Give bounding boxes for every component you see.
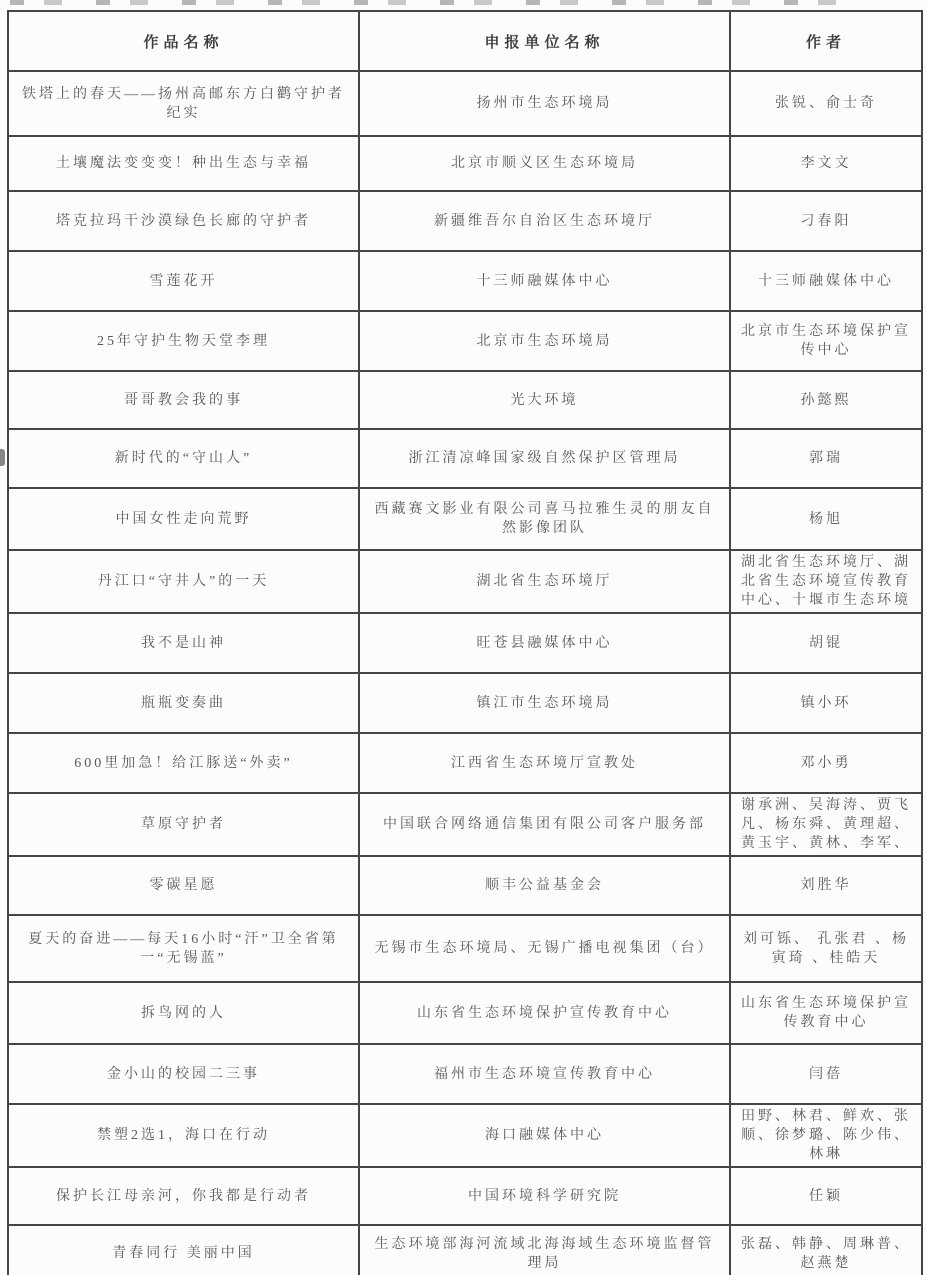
unit-name-cell: 旺苍县融媒体中心 (359, 613, 730, 673)
unit-name: 新疆维吾尔自治区生态环境厅 (370, 212, 719, 231)
author: 杨旭 (741, 510, 911, 529)
author-cell: 闫蓓 (730, 1044, 922, 1104)
table-row: 土壤魔法变变变！种出生态与幸福 北京市顺义区生态环境局 李文文 (8, 136, 922, 191)
work-title-cell: 拆鸟网的人 (8, 982, 359, 1044)
author-cell: 山东省生态环境保护宣传教育中心 (730, 982, 922, 1044)
author-cell: 刘胜华 (730, 856, 922, 915)
header-unit-name: 申报单位名称 (359, 11, 730, 71)
award-table: 作品名称 申报单位名称 作者 铁塔上的春天——扬州高邮东方白鹳守护者纪实 扬州市… (7, 10, 923, 1275)
table-row: 瓶瓶变奏曲 镇江市生态环境局 镇小环 (8, 673, 922, 733)
unit-name-cell: 中国联合网络通信集团有限公司客户服务部 (359, 793, 730, 856)
author-cell: 田野、林君、鲜欢、张顺、徐梦璐、陈少伟、林琳 (730, 1104, 922, 1167)
author: 胡锟 (741, 634, 911, 653)
author: 孙懿熙 (741, 391, 911, 410)
work-title-cell: 禁塑2选1，海口在行动 (8, 1104, 359, 1167)
table-row: 600里加急！给江豚送“外卖” 江西省生态环境厅宣教处 邓小勇 (8, 733, 922, 793)
author: 湖北省生态环境厅、湖北省生态环境宣传教育中心、十堰市生态环境 (741, 553, 911, 610)
author-cell: 十三师融媒体中心 (730, 251, 922, 311)
table-row: 我不是山神 旺苍县融媒体中心 胡锟 (8, 613, 922, 673)
work-title-cell: 金小山的校园二三事 (8, 1044, 359, 1104)
table-row: 保护长江母亲河，你我都是行动者 中国环境科学研究院 任颖 (8, 1167, 922, 1225)
author-cell: 湖北省生态环境厅、湖北省生态环境宣传教育中心、十堰市生态环境 (730, 550, 922, 613)
work-title: 新时代的“守山人” (19, 449, 348, 468)
table-row: 哥哥教会我的事 光大环境 孙懿熙 (8, 371, 922, 429)
header-row: 作品名称 申报单位名称 作者 (8, 11, 922, 71)
unit-name-cell: 镇江市生态环境局 (359, 673, 730, 733)
table-row: 新时代的“守山人” 浙江清凉峰国家级自然保护区管理局 郭瑞 (8, 429, 922, 488)
unit-name: 旺苍县融媒体中心 (370, 634, 719, 653)
work-title-cell: 我不是山神 (8, 613, 359, 673)
work-title: 哥哥教会我的事 (19, 391, 348, 410)
work-title: 我不是山神 (19, 634, 348, 653)
unit-name: 北京市顺义区生态环境局 (370, 154, 719, 173)
work-title-cell: 保护长江母亲河，你我都是行动者 (8, 1167, 359, 1225)
author: 田野、林君、鲜欢、张顺、徐梦璐、陈少伟、林琳 (741, 1107, 911, 1164)
unit-name-cell: 十三师融媒体中心 (359, 251, 730, 311)
unit-name: 海口融媒体中心 (370, 1126, 719, 1145)
author: 张磊、韩静、周琳普、赵燕楚 (741, 1235, 911, 1273)
table-row: 拆鸟网的人 山东省生态环境保护宣传教育中心 山东省生态环境保护宣传教育中心 (8, 982, 922, 1044)
author: 刘胜华 (741, 876, 911, 895)
table-row: 塔克拉玛干沙漠绿色长廊的守护者 新疆维吾尔自治区生态环境厅 刁春阳 (8, 191, 922, 251)
work-title-cell: 铁塔上的春天——扬州高邮东方白鹳守护者纪实 (8, 71, 359, 136)
work-title: 保护长江母亲河，你我都是行动者 (19, 1187, 348, 1206)
table-row: 金小山的校园二三事 福州市生态环境宣传教育中心 闫蓓 (8, 1044, 922, 1104)
unit-name-cell: 山东省生态环境保护宣传教育中心 (359, 982, 730, 1044)
author: 李文文 (741, 154, 911, 173)
unit-name: 北京市生态环境局 (370, 332, 719, 351)
unit-name-cell: 光大环境 (359, 371, 730, 429)
page: 作品名称 申报单位名称 作者 铁塔上的春天——扬州高邮东方白鹳守护者纪实 扬州市… (0, 0, 927, 1275)
author-cell: 谢承洲、吴海涛、贾飞凡、杨东舜、黄理超、黄玉宇、黄林、李军、 (730, 793, 922, 856)
work-title: 禁塑2选1，海口在行动 (19, 1126, 348, 1145)
work-title-cell: 夏天的奋进——每天16小时“汗”卫全省第一“无锡蓝” (8, 915, 359, 982)
unit-name: 西藏赛文影业有限公司喜马拉雅生灵的朋友自然影像团队 (370, 500, 719, 538)
unit-name: 镇江市生态环境局 (370, 694, 719, 713)
work-title-cell: 中国女性走向荒野 (8, 488, 359, 550)
work-title: 草原守护者 (19, 815, 348, 834)
table-row: 夏天的奋进——每天16小时“汗”卫全省第一“无锡蓝” 无锡市生态环境局、无锡广播… (8, 915, 922, 982)
unit-name-cell: 无锡市生态环境局、无锡广播电视集团（台） (359, 915, 730, 982)
unit-name-cell: 西藏赛文影业有限公司喜马拉雅生灵的朋友自然影像团队 (359, 488, 730, 550)
author-cell: 邓小勇 (730, 733, 922, 793)
unit-name-cell: 浙江清凉峰国家级自然保护区管理局 (359, 429, 730, 488)
unit-name: 福州市生态环境宣传教育中心 (370, 1065, 719, 1084)
clipped-text-left-edge (0, 449, 5, 466)
author: 闫蓓 (741, 1065, 911, 1084)
author: 郭瑞 (741, 449, 911, 468)
author-cell: 孙懿熙 (730, 371, 922, 429)
author: 邓小勇 (741, 754, 911, 773)
work-title: 土壤魔法变变变！种出生态与幸福 (19, 154, 348, 173)
work-title: 青春同行 美丽中国 (19, 1244, 348, 1263)
unit-name: 中国环境科学研究院 (370, 1187, 719, 1206)
work-title: 拆鸟网的人 (19, 1004, 348, 1023)
work-title: 铁塔上的春天——扬州高邮东方白鹳守护者纪实 (19, 85, 348, 123)
author: 刁春阳 (741, 212, 911, 231)
work-title: 瓶瓶变奏曲 (19, 694, 348, 713)
author-cell: 北京市生态环境保护宣传中心 (730, 311, 922, 371)
unit-name-cell: 中国环境科学研究院 (359, 1167, 730, 1225)
table-row: 25年守护生物天堂李理 北京市生态环境局 北京市生态环境保护宣传中心 (8, 311, 922, 371)
work-title-cell: 青春同行 美丽中国 (8, 1225, 359, 1275)
author-cell: 胡锟 (730, 613, 922, 673)
author-cell: 任颖 (730, 1167, 922, 1225)
work-title-cell: 600里加急！给江豚送“外卖” (8, 733, 359, 793)
table-row: 中国女性走向荒野 西藏赛文影业有限公司喜马拉雅生灵的朋友自然影像团队 杨旭 (8, 488, 922, 550)
work-title-cell: 瓶瓶变奏曲 (8, 673, 359, 733)
author: 刘可铄、 孔张君 、杨寅琦 、桂皓天 (741, 930, 911, 968)
author-cell: 李文文 (730, 136, 922, 191)
unit-name-cell: 扬州市生态环境局 (359, 71, 730, 136)
author: 谢承洲、吴海涛、贾飞凡、杨东舜、黄理超、黄玉宇、黄林、李军、 (741, 796, 911, 853)
author-cell: 张磊、韩静、周琳普、赵燕楚 (730, 1225, 922, 1275)
unit-name-cell: 海口融媒体中心 (359, 1104, 730, 1167)
work-title: 丹江口“守井人”的一天 (19, 572, 348, 591)
author: 镇小环 (741, 694, 911, 713)
work-title: 金小山的校园二三事 (19, 1065, 348, 1084)
table-row: 禁塑2选1，海口在行动 海口融媒体中心 田野、林君、鲜欢、张顺、徐梦璐、陈少伟、… (8, 1104, 922, 1167)
unit-name-cell: 北京市生态环境局 (359, 311, 730, 371)
table-row: 零碳星愿 顺丰公益基金会 刘胜华 (8, 856, 922, 915)
work-title: 塔克拉玛干沙漠绿色长廊的守护者 (19, 212, 348, 231)
header-author: 作者 (730, 11, 922, 71)
author-cell: 郭瑞 (730, 429, 922, 488)
table-row: 青春同行 美丽中国 生态环境部海河流域北海海域生态环境监督管理局 张磊、韩静、周… (8, 1225, 922, 1275)
author-cell: 张锐、俞士奇 (730, 71, 922, 136)
unit-name: 十三师融媒体中心 (370, 272, 719, 291)
author-cell: 杨旭 (730, 488, 922, 550)
unit-name: 江西省生态环境厅宣教处 (370, 754, 719, 773)
work-title-cell: 雪莲花开 (8, 251, 359, 311)
work-title-cell: 25年守护生物天堂李理 (8, 311, 359, 371)
table-row: 草原守护者 中国联合网络通信集团有限公司客户服务部 谢承洲、吴海涛、贾飞凡、杨东… (8, 793, 922, 856)
author: 张锐、俞士奇 (741, 94, 911, 113)
unit-name: 山东省生态环境保护宣传教育中心 (370, 1004, 719, 1023)
header-work-title: 作品名称 (8, 11, 359, 71)
work-title: 600里加急！给江豚送“外卖” (19, 754, 348, 773)
work-title-cell: 哥哥教会我的事 (8, 371, 359, 429)
unit-name: 浙江清凉峰国家级自然保护区管理局 (370, 449, 719, 468)
author-cell: 刘可铄、 孔张君 、杨寅琦 、桂皓天 (730, 915, 922, 982)
author: 十三师融媒体中心 (741, 272, 911, 291)
unit-name-cell: 江西省生态环境厅宣教处 (359, 733, 730, 793)
work-title: 夏天的奋进——每天16小时“汗”卫全省第一“无锡蓝” (19, 930, 348, 968)
table-row: 雪莲花开 十三师融媒体中心 十三师融媒体中心 (8, 251, 922, 311)
work-title-cell: 丹江口“守井人”的一天 (8, 550, 359, 613)
work-title: 雪莲花开 (19, 272, 348, 291)
unit-name-cell: 顺丰公益基金会 (359, 856, 730, 915)
author: 山东省生态环境保护宣传教育中心 (741, 994, 911, 1032)
work-title: 零碳星愿 (19, 876, 348, 895)
table-row: 丹江口“守井人”的一天 湖北省生态环境厅 湖北省生态环境厅、湖北省生态环境宣传教… (8, 550, 922, 613)
work-title-cell: 塔克拉玛干沙漠绿色长廊的守护者 (8, 191, 359, 251)
unit-name: 顺丰公益基金会 (370, 876, 719, 895)
author-cell: 镇小环 (730, 673, 922, 733)
unit-name-cell: 生态环境部海河流域北海海域生态环境监督管理局 (359, 1225, 730, 1275)
work-title: 25年守护生物天堂李理 (19, 332, 348, 351)
work-title-cell: 新时代的“守山人” (8, 429, 359, 488)
table-row: 铁塔上的春天——扬州高邮东方白鹳守护者纪实 扬州市生态环境局 张锐、俞士奇 (8, 71, 922, 136)
unit-name: 无锡市生态环境局、无锡广播电视集团（台） (370, 939, 719, 958)
unit-name-cell: 北京市顺义区生态环境局 (359, 136, 730, 191)
unit-name: 湖北省生态环境厅 (370, 572, 719, 591)
author: 任颖 (741, 1187, 911, 1206)
unit-name: 中国联合网络通信集团有限公司客户服务部 (370, 815, 719, 834)
unit-name: 生态环境部海河流域北海海域生态环境监督管理局 (370, 1235, 719, 1273)
author: 北京市生态环境保护宣传中心 (741, 322, 911, 360)
unit-name: 光大环境 (370, 391, 719, 410)
work-title-cell: 草原守护者 (8, 793, 359, 856)
work-title-cell: 零碳星愿 (8, 856, 359, 915)
unit-name: 扬州市生态环境局 (370, 94, 719, 113)
work-title-cell: 土壤魔法变变变！种出生态与幸福 (8, 136, 359, 191)
clipped-text-above-table (10, 0, 870, 5)
work-title: 中国女性走向荒野 (19, 510, 348, 529)
unit-name-cell: 湖北省生态环境厅 (359, 550, 730, 613)
author-cell: 刁春阳 (730, 191, 922, 251)
unit-name-cell: 新疆维吾尔自治区生态环境厅 (359, 191, 730, 251)
unit-name-cell: 福州市生态环境宣传教育中心 (359, 1044, 730, 1104)
